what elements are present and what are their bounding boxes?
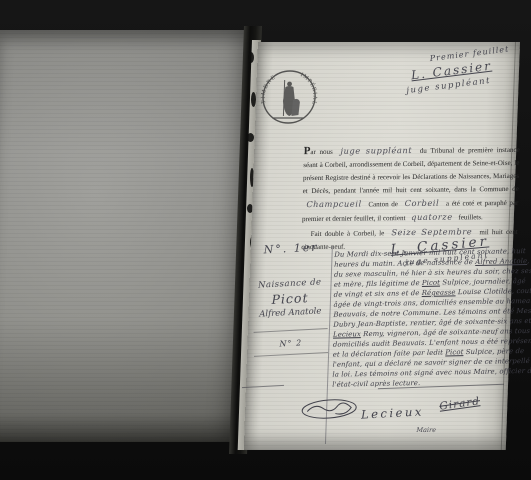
mayor-signature: Girard bbox=[439, 395, 481, 413]
text-segment: Louise Clotilde, couturière, bbox=[456, 286, 531, 296]
ink-blotch bbox=[247, 133, 254, 142]
formula-paragraph: Par nous juge suppléant du Tribunal de p… bbox=[302, 143, 520, 226]
margin-rule bbox=[254, 328, 328, 333]
text-segment: Lecieux bbox=[333, 330, 361, 339]
mayor-title-note: Maire bbox=[416, 426, 436, 434]
child-surname: Picot bbox=[251, 289, 329, 308]
handwritten-insert: juge suppléant bbox=[336, 145, 416, 156]
witness-paraph-signature bbox=[299, 394, 360, 424]
stamp-text-left: TIMBRE bbox=[260, 74, 277, 104]
text-segment: Par nous bbox=[304, 148, 337, 156]
text-segment: Picot bbox=[422, 279, 440, 287]
text-segment: feuillets. bbox=[457, 213, 483, 221]
top-right-annotation: Premier feuillet L. Cassier juge suppléa… bbox=[404, 43, 525, 96]
handwritten-insert: quatorze bbox=[407, 212, 457, 223]
text-segment: Sulpice, journalier, âgé bbox=[440, 277, 526, 287]
text-segment: de vingt et six ans et de bbox=[334, 289, 422, 299]
text-segment: , bbox=[527, 257, 529, 265]
ink-blotch bbox=[248, 52, 254, 63]
margin-annotations: N°. 1er Naissance de Picot Alfred Anatol… bbox=[250, 240, 330, 357]
child-given-names: Alfred Anatole bbox=[251, 306, 329, 320]
handwritten-insert: Champcueil bbox=[302, 198, 366, 209]
act-number: N°. 1er bbox=[254, 240, 328, 257]
text-segment: Sulpice, père de bbox=[463, 347, 524, 356]
margin-dash-stroke bbox=[242, 385, 284, 388]
scanned-register-photo: TIMBRE IMPÉRIAL Premier feuillet L. Cass… bbox=[0, 0, 531, 480]
text-segment: Picot bbox=[445, 348, 463, 356]
margin-rule bbox=[254, 352, 328, 357]
next-act-number: N° 2 bbox=[252, 337, 330, 350]
text-segment: Canton de bbox=[366, 200, 401, 208]
handwritten-insert: Corbeil bbox=[401, 198, 444, 208]
text-segment: Régeasse bbox=[422, 288, 456, 297]
timbre-imperial-stamp-icon: TIMBRE IMPÉRIAL bbox=[257, 66, 321, 128]
text-segment: Alfred Anatole bbox=[475, 257, 527, 266]
right-register-page: TIMBRE IMPÉRIAL Premier feuillet L. Cass… bbox=[244, 42, 520, 450]
svg-text:TIMBRE: TIMBRE bbox=[260, 74, 277, 104]
text-segment: Fait double à Corbeil, le bbox=[311, 229, 388, 238]
left-blank-page bbox=[0, 30, 252, 442]
birth-act-text: Du Mardi dix-sept Janvier mil huit cent … bbox=[332, 246, 510, 389]
witness-signature-lecieux: Lecieux bbox=[361, 404, 424, 421]
text-segment: et mère, fils légitime de bbox=[334, 279, 422, 289]
